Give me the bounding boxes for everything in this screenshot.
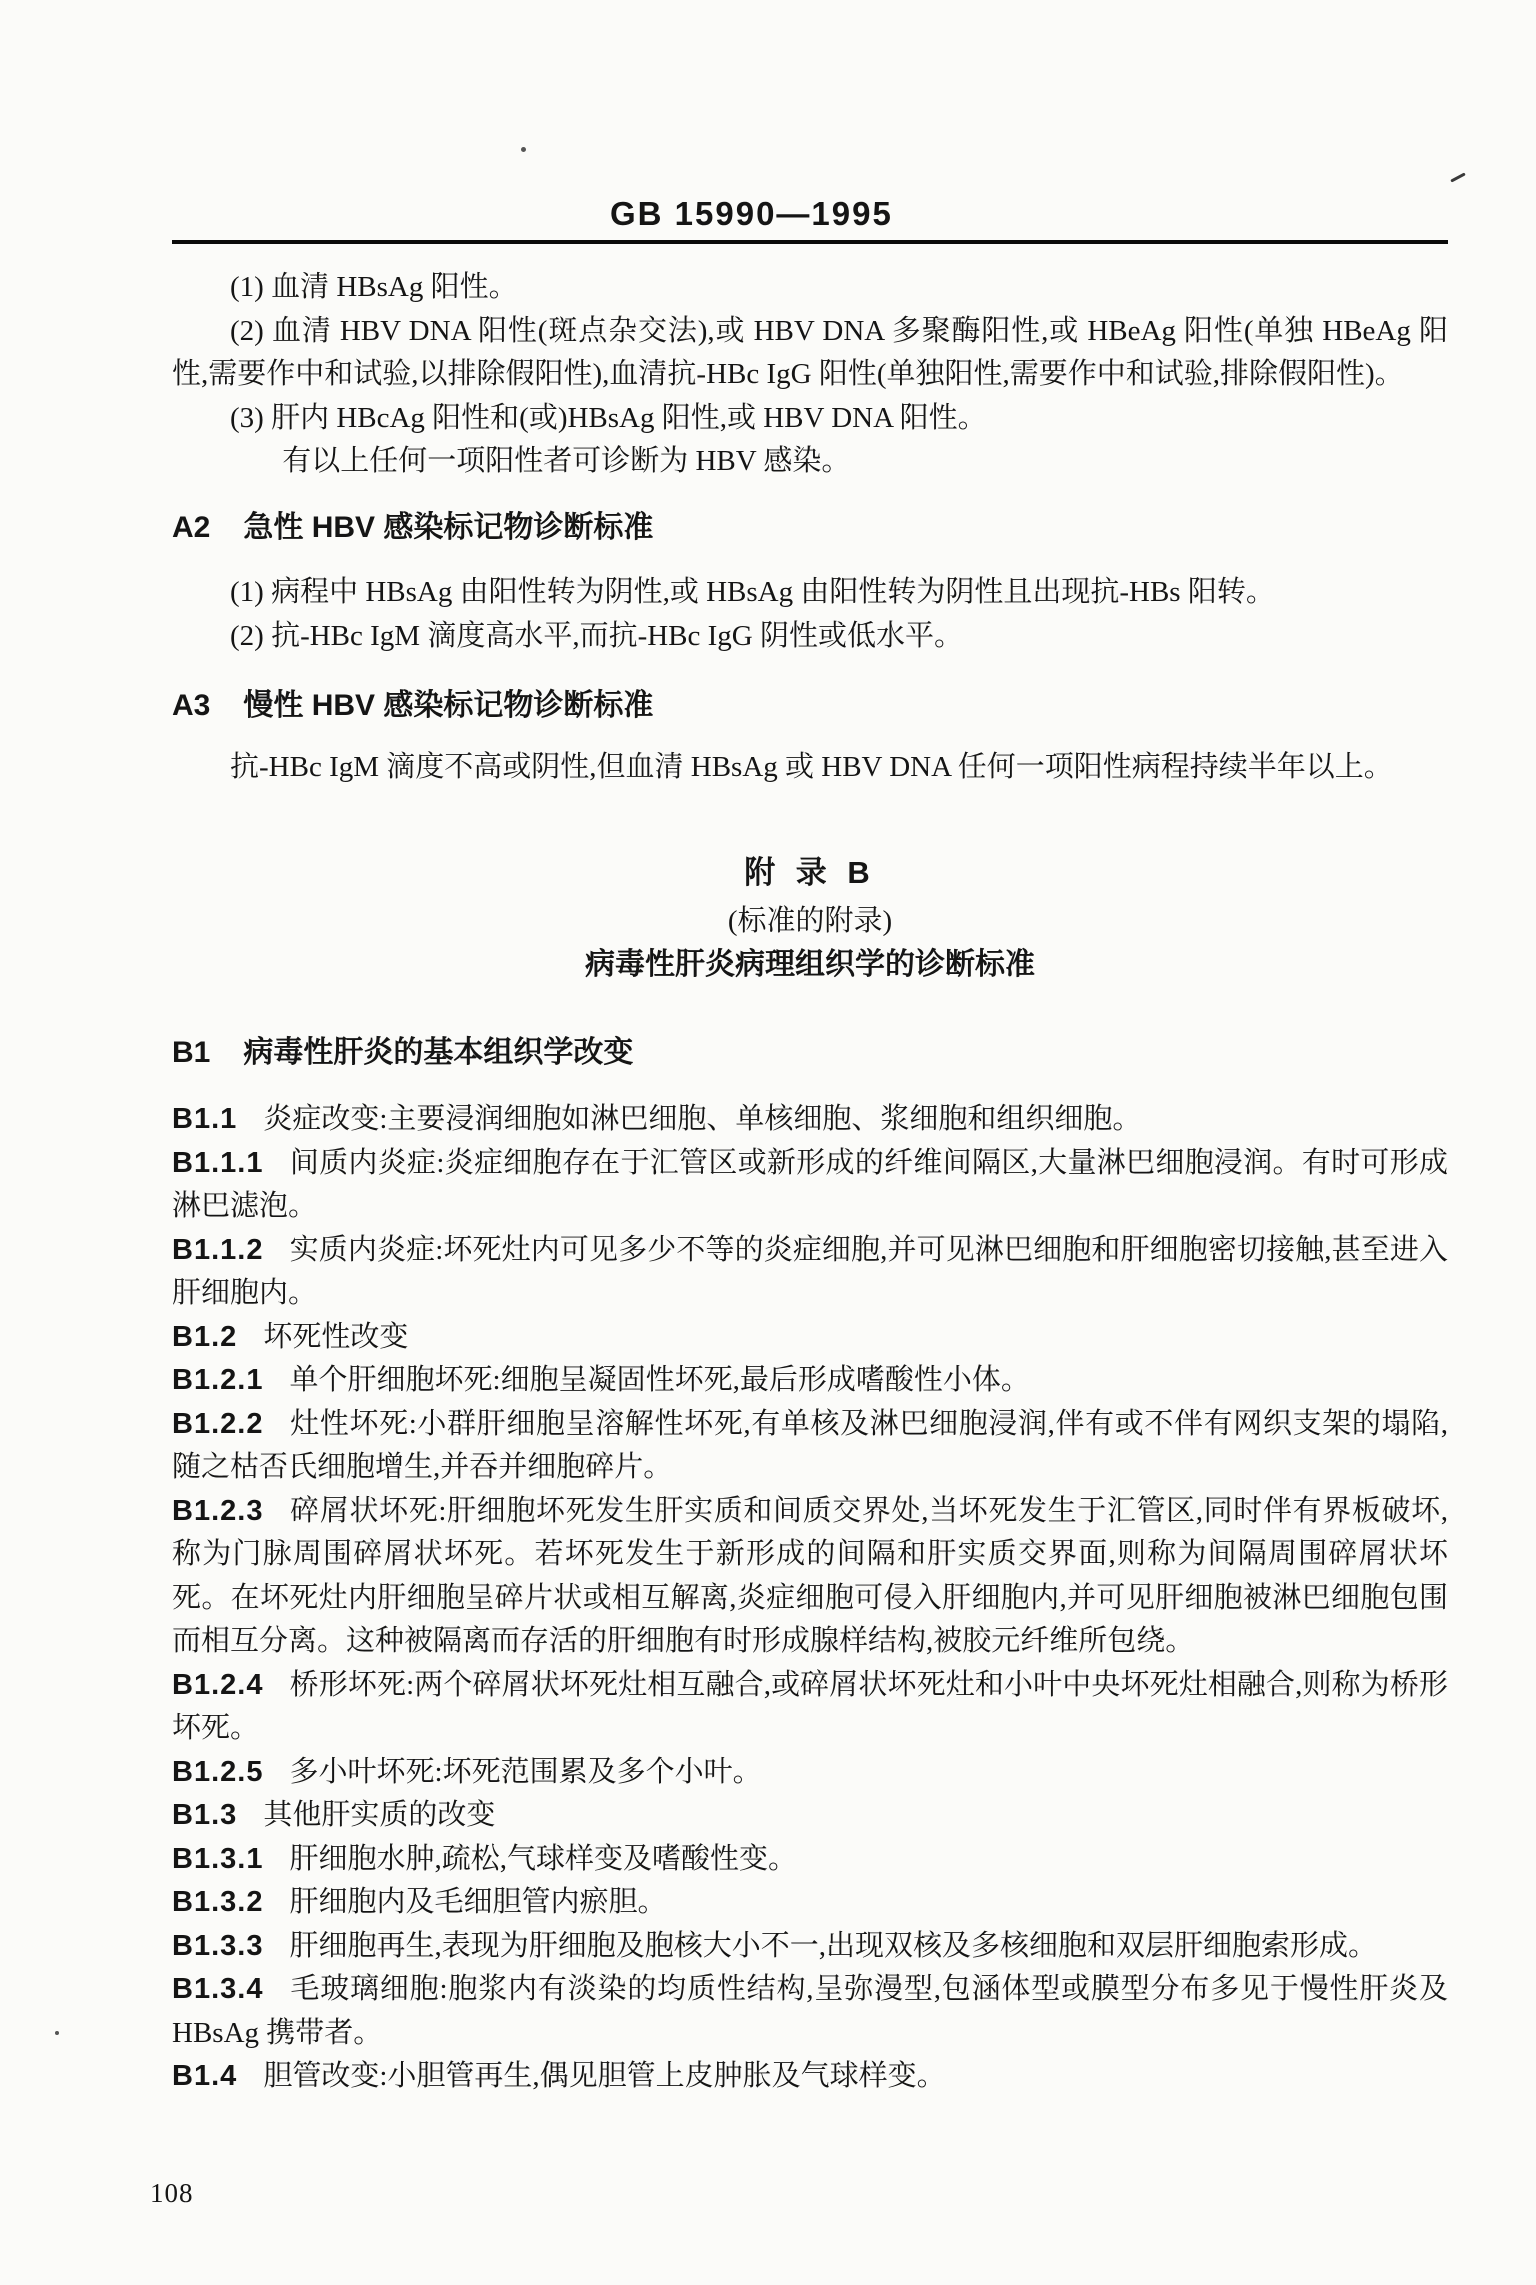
b1-entry-text: 炎症改变:主要浸润细胞如淋巴细胞、单核细胞、浆细胞和组织细胞。 [263,1103,1141,1135]
b1-entry-text: 毛玻璃细胞:胞浆内有淡染的均质性结构,呈弥漫型,包涵体型或膜型分布多见于慢性肝炎… [172,1973,1448,2049]
section-b1-heading: B1病毒性肝炎的基本组织学改变 [172,1031,1448,1075]
section-a3-number: A3 [172,689,210,722]
b1-entry-1-1-2: B1.1.2实质内炎症:坏死灶内可见多少不等的炎症细胞,并可见淋巴细胞和肝细胞密… [172,1229,1448,1316]
b1-entry-1-2-5: B1.2.5多小叶坏死:坏死范围累及多个小叶。 [172,1751,1448,1795]
b1-entry-number: B1.1.1 [172,1147,263,1179]
section-b1-number: B1 [172,1036,210,1069]
section-a2-heading: A2急性 HBV 感染标记物诊断标准 [172,506,1448,550]
b1-entry-1-4: B1.4胆管改变:小胆管再生,偶见胆管上皮肿胀及气球样变。 [172,2055,1448,2099]
section-a3-heading: A3慢性 HBV 感染标记物诊断标准 [172,684,1448,728]
b1-entry-text: 肝细胞水肿,疏松,气球样变及嗜酸性变。 [290,1843,798,1875]
section-b1-title: 病毒性肝炎的基本组织学改变 [243,1036,633,1069]
page-number: 108 [150,2178,194,2209]
appendix-b-title: 附 录 B [172,851,1448,895]
b1-entry-number: B1.3.1 [172,1843,263,1875]
b1-entry-text: 其他肝实质的改变 [263,1799,495,1831]
b1-entry-1-2-2: B1.2.2灶性坏死:小群肝细胞呈溶解性坏死,有单核及淋巴细胞浸润,伴有或不伴有… [172,1403,1448,1490]
standard-number: GB 15990—1995 [610,0,1448,234]
b1-entry-text: 桥形坏死:两个碎屑状坏死灶相互融合,或碎屑状坏死灶和小叶中央坏死灶相融合,则称为… [172,1669,1448,1745]
b1-entry-number: B1.3 [172,1799,237,1831]
b1-entry-number: B1.4 [172,2060,237,2092]
section-a2-title: 急性 HBV 感染标记物诊断标准 [243,511,653,544]
b1-entry-number: B1.3.4 [172,1973,263,2005]
document-content: (1) 血清 HBsAg 阳性。 (2) 血清 HBV DNA 阳性(斑点杂交法… [172,266,1448,2099]
b1-entry-1-3: B1.3其他肝实质的改变 [172,1794,1448,1838]
a1-item-2: (2) 血清 HBV DNA 阳性(斑点杂交法),或 HBV DNA 多聚酶阳性… [172,310,1448,397]
header-rule [172,240,1448,244]
appendix-b-block: 附 录 B (标准的附录) 病毒性肝炎病理组织学的诊断标准 [172,851,1448,987]
a3-body: 抗-HBc IgM 滴度不高或阴性,但血清 HBsAg 或 HBV DNA 任何… [172,746,1448,790]
b1-entry-text: 单个肝细胞坏死:细胞呈凝固性坏死,最后形成嗜酸性小体。 [290,1364,1030,1396]
scanned-document-page: GB 15990—1995 (1) 血清 HBsAg 阳性。 (2) 血清 HB… [0,0,1536,2285]
section-a2-number: A2 [172,511,210,544]
b1-entry-1-1-1: B1.1.1间质内炎症:炎症细胞存在于汇管区或新形成的纤维间隔区,大量淋巴细胞浸… [172,1142,1448,1229]
b1-entry-text: 实质内炎症:坏死灶内可见多少不等的炎症细胞,并可见淋巴细胞和肝细胞密切接触,甚至… [172,1234,1448,1310]
a1-item-1: (1) 血清 HBsAg 阳性。 [172,266,1448,310]
b1-entry-1-3-2: B1.3.2肝细胞内及毛细胆管内瘀胆。 [172,1881,1448,1925]
b1-entry-1-3-3: B1.3.3肝细胞再生,表现为肝细胞及胞核大小不一,出现双核及多核细胞和双层肝细… [172,1925,1448,1969]
b1-entry-1-2-3: B1.2.3碎屑状坏死:肝细胞坏死发生肝实质和间质交界处,当坏死发生于汇管区,同… [172,1490,1448,1664]
scan-speck-left-margin [55,2031,59,2035]
document-body: GB 15990—1995 (1) 血清 HBsAg 阳性。 (2) 血清 HB… [0,0,1536,2099]
b1-entry-1-1: B1.1炎症改变:主要浸润细胞如淋巴细胞、单核细胞、浆细胞和组织细胞。 [172,1098,1448,1142]
b1-entry-number: B1.2.3 [172,1495,263,1527]
a2-item-1: (1) 病程中 HBsAg 由阳性转为阴性,或 HBsAg 由阳性转为阴性且出现… [172,571,1448,615]
a1-item-3: (3) 肝内 HBcAg 阳性和(或)HBsAg 阳性,或 HBV DNA 阳性… [172,397,1448,441]
b1-entry-number: B1.1.2 [172,1234,263,1266]
b1-entry-number: B1.1 [172,1103,237,1135]
b1-entry-number: B1.2.1 [172,1364,263,1396]
b1-entry-text: 多小叶坏死:坏死范围累及多个小叶。 [290,1756,762,1788]
b1-entry-text: 坏死性改变 [263,1321,408,1353]
b1-entry-text: 碎屑状坏死:肝细胞坏死发生肝实质和间质交界处,当坏死发生于汇管区,同时伴有界板破… [172,1495,1448,1658]
b1-entry-1-2: B1.2坏死性改变 [172,1316,1448,1360]
b1-entry-text: 肝细胞再生,表现为肝细胞及胞核大小不一,出现双核及多核细胞和双层肝细胞索形成。 [290,1930,1378,1962]
b1-entry-number: B1.2.2 [172,1408,263,1440]
section-a3-title: 慢性 HBV 感染标记物诊断标准 [243,689,653,722]
b1-entry-text: 间质内炎症:炎症细胞存在于汇管区或新形成的纤维间隔区,大量淋巴细胞浸润。有时可形… [172,1147,1448,1223]
a1-conclusion: 有以上任何一项阳性者可诊断为 HBV 感染。 [172,440,1448,484]
b1-entry-number: B1.3.2 [172,1886,263,1918]
b1-entry-number: B1.2.4 [172,1669,263,1701]
b1-entry-1-3-1: B1.3.1肝细胞水肿,疏松,气球样变及嗜酸性变。 [172,1838,1448,1882]
scan-speck-header [521,147,526,152]
b1-entry-text: 胆管改变:小胆管再生,偶见胆管上皮肿胀及气球样变。 [263,2060,945,2092]
b1-entry-number: B1.2 [172,1321,237,1353]
b1-entry-1-2-4: B1.2.4桥形坏死:两个碎屑状坏死灶相互融合,或碎屑状坏死灶和小叶中央坏死灶相… [172,1664,1448,1751]
b1-entry-1-2-1: B1.2.1单个肝细胞坏死:细胞呈凝固性坏死,最后形成嗜酸性小体。 [172,1359,1448,1403]
b1-entry-text: 肝细胞内及毛细胆管内瘀胆。 [290,1886,667,1918]
b1-entry-number: B1.2.5 [172,1756,263,1788]
a2-item-2: (2) 抗-HBc IgM 滴度高水平,而抗-HBc IgG 阴性或低水平。 [172,615,1448,659]
b1-entry-number: B1.3.3 [172,1930,263,1962]
appendix-b-subtitle: (标准的附录) [172,900,1448,944]
b1-entry-text: 灶性坏死:小群肝细胞呈溶解性坏死,有单核及淋巴细胞浸润,伴有或不伴有网织支架的塌… [172,1408,1448,1484]
appendix-b-heading: 病毒性肝炎病理组织学的诊断标准 [172,943,1448,987]
b1-entry-1-3-4: B1.3.4毛玻璃细胞:胞浆内有淡染的均质性结构,呈弥漫型,包涵体型或膜型分布多… [172,1968,1448,2055]
